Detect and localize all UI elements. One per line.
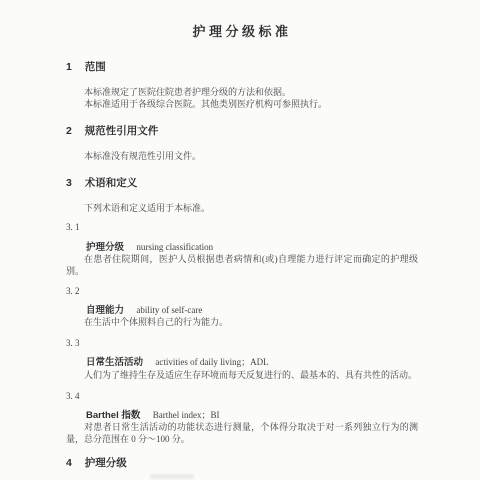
term-definition-3-1: 在患者住院期间，医护人员根据患者病情和(或)自理能力进行评定而确定的护理级别。 [66, 254, 418, 277]
section-2-number: 2 [66, 126, 72, 137]
section-3-number: 3 [66, 178, 72, 189]
term-line-3-1: 护理分级 nursing classification [86, 242, 418, 255]
section-1-title: 范围 [85, 62, 106, 73]
section-3-heading: 3 术语和定义 [66, 178, 418, 189]
term-line-3-4: Barthel 指数 Barthel index；BI [86, 410, 418, 423]
section-3-title: 术语和定义 [85, 178, 138, 189]
term-definition-3-4: 对患者日常生活活动的功能状态进行测量，个体得分取决于对一系列独立行为的测量，总分… [66, 422, 418, 445]
section-2-title: 规范性引用文件 [85, 126, 159, 137]
term-zh-3-2: 自理能力 [86, 305, 124, 316]
term-en-3-2: ability of self-care [136, 305, 202, 315]
section-4-title: 护理分级 [85, 458, 127, 469]
section-1-paragraph-2: 本标准适用于各级综合医院。其他类别医疗机构可参照执行。 [66, 99, 418, 111]
section-4-number: 4 [66, 458, 72, 469]
section-4-heading: 4 护理分级 [66, 458, 418, 469]
section-1-heading: 1 范围 [66, 62, 418, 73]
term-definition-3-3: 人们为了维持生存及适应生存环境而每天反复进行的、最基本的、具有共性的活动。 [66, 370, 418, 382]
term-zh-3-4: Barthel 指数 [86, 410, 140, 421]
term-en-3-1: nursing classification [136, 242, 213, 252]
section-1-number: 1 [66, 62, 72, 73]
term-definition-3-2: 在生活中个体照料自己的行为能力。 [66, 317, 418, 329]
section-1-paragraph-1: 本标准规定了医院住院患者护理分级的方法和依据。 [66, 87, 418, 99]
term-en-3-3: activities of daily living；ADL [155, 357, 268, 367]
section-2-paragraph-1: 本标准没有规范性引用文件。 [66, 151, 418, 163]
section-3-paragraph-1: 下列术语和定义适用于本标准。 [66, 203, 418, 215]
cutoff-next-line-artifact [150, 474, 194, 479]
term-line-3-3: 日常生活活动 activities of daily living；ADL [86, 357, 418, 370]
document-title: 护理分级标准 [66, 25, 418, 39]
term-zh-3-1: 护理分级 [86, 242, 124, 253]
section-2-heading: 2 规范性引用文件 [66, 126, 418, 137]
term-line-3-2: 自理能力 ability of self-care [86, 305, 418, 318]
clause-number-3-4: 3. 4 [66, 391, 418, 403]
document-page: 护理分级标准 1 范围 本标准规定了医院住院患者护理分级的方法和依据。 本标准适… [0, 0, 480, 480]
clause-number-3-2: 3. 2 [66, 286, 418, 298]
clause-number-3-3: 3. 3 [66, 338, 418, 350]
term-en-3-4: Barthel index；BI [153, 410, 220, 420]
clause-number-3-1: 3. 1 [66, 222, 418, 234]
term-zh-3-3: 日常生活活动 [86, 357, 143, 368]
